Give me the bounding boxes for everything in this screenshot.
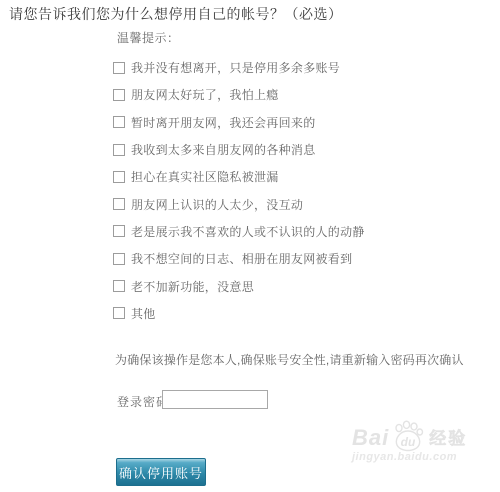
baidu-paw-icon: du (390, 420, 426, 452)
reason-label: 暂时离开朋友网，我还会再回来的 (131, 114, 316, 131)
deactivate-account-form: 请您告诉我们您为什么想停用自己的帐号？（必选） 温馨提示： 我并没有想离开，只是… (0, 0, 500, 492)
reason-label: 我并没有想离开，只是停用多余多账号 (131, 59, 340, 76)
reason-checkbox[interactable] (113, 171, 125, 183)
baidu-du-text: du (401, 435, 416, 449)
reason-checkbox[interactable] (113, 280, 125, 292)
reason-checkbox[interactable] (113, 89, 125, 101)
reason-checkbox[interactable] (113, 198, 125, 210)
reason-row: 暂时离开朋友网，我还会再回来的 (113, 109, 365, 136)
reason-label: 老是展示我不喜欢的人或不认识的人的动静 (131, 223, 365, 240)
reason-label: 朋友网上认识的人太少，没互动 (131, 196, 303, 213)
reason-checkbox[interactable] (113, 225, 125, 237)
reason-row: 我并没有想离开，只是停用多余多账号 (113, 54, 365, 81)
reason-checkbox[interactable] (113, 144, 125, 156)
confirm-note: 为确保该操作是您本人,确保账号安全性,请重新输入密码再次确认 (115, 351, 464, 368)
reason-label: 老不加新功能，没意思 (131, 278, 254, 295)
reason-row: 朋友网太好玩了，我怕上瘾 (113, 81, 365, 108)
reason-row: 我不想空间的日志、相册在朋友网被看到 (113, 245, 365, 272)
page-title: 请您告诉我们您为什么想停用自己的帐号？（必选） (9, 4, 343, 24)
reason-checkbox[interactable] (113, 62, 125, 74)
reason-row: 老不加新功能，没意思 (113, 272, 365, 299)
reason-row: 朋友网上认识的人太少，没互动 (113, 190, 365, 217)
reason-label: 我收到太多来自朋友网的各种消息 (131, 141, 316, 158)
password-input[interactable] (162, 390, 268, 409)
reason-label: 我不想空间的日志、相册在朋友网被看到 (131, 250, 352, 267)
baidu-jingyan-watermark: Bai du 经验 jingyan.baidu.com (352, 420, 467, 463)
baidu-jingyan-text: 经验 (429, 429, 467, 449)
reason-checkbox[interactable] (113, 307, 125, 319)
reason-checkbox[interactable] (113, 116, 125, 128)
baidu-jingyan-url: jingyan.baidu.com (352, 451, 467, 463)
reason-checkbox[interactable] (113, 253, 125, 265)
tips-label: 温馨提示： (117, 29, 180, 46)
baidu-jingyan-logo: Bai du 经验 (352, 420, 467, 449)
reason-row: 担心在真实社区隐私被泄漏 (113, 163, 365, 190)
baidu-bai-text: Bai (352, 427, 389, 449)
reason-label: 担心在真实社区隐私被泄漏 (131, 168, 279, 185)
reason-row: 我收到太多来自朋友网的各种消息 (113, 136, 365, 163)
reason-row: 老是展示我不喜欢的人或不认识的人的动静 (113, 218, 365, 245)
confirm-disable-button[interactable]: 确认停用账号 (116, 458, 206, 486)
reason-list: 我并没有想离开，只是停用多余多账号 朋友网太好玩了，我怕上瘾 暂时离开朋友网，我… (113, 54, 365, 327)
reason-row: 其他 (113, 300, 365, 327)
reason-label: 朋友网太好玩了，我怕上瘾 (131, 86, 279, 103)
reason-label: 其他 (131, 305, 156, 322)
